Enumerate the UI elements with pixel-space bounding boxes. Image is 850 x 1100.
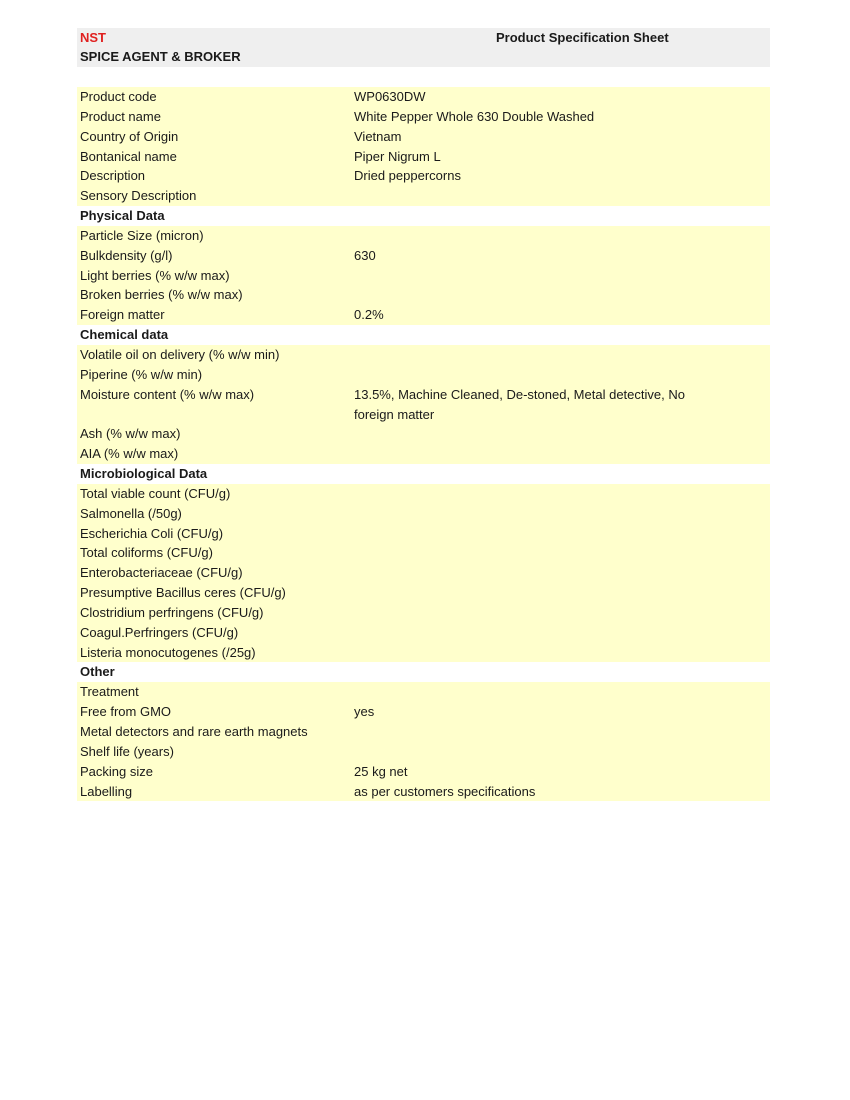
spec-row-total-coliforms: Total coliforms (CFU/g)	[77, 543, 770, 563]
spec-value	[354, 226, 770, 246]
document-title: Product Specification Sheet	[496, 29, 669, 47]
spec-label: Labelling	[77, 782, 354, 802]
spec-label: Volatile oil on delivery (% w/w min)	[77, 345, 354, 365]
section-title: Microbiological Data	[77, 464, 207, 484]
spec-label: Piperine (% w/w min)	[77, 365, 354, 385]
spec-row-labelling: Labelling as per customers specification…	[77, 782, 770, 802]
spec-label: Treatment	[77, 682, 354, 702]
sheet-header: NST SPICE AGENT & BROKER Product Specifi…	[77, 28, 770, 67]
spec-value	[354, 583, 770, 603]
spec-label: Packing size	[77, 762, 354, 782]
spec-label: Foreign matter	[77, 305, 354, 325]
spec-row-country-of-origin: Country of Origin Vietnam	[77, 127, 770, 147]
spec-value	[354, 345, 770, 365]
general-section: Product code WP0630DW Product name White…	[77, 87, 770, 206]
spec-value	[354, 285, 770, 305]
spec-row-treatment: Treatment	[77, 682, 770, 702]
spec-value	[354, 623, 770, 643]
spec-label: Broken berries (% w/w max)	[77, 285, 354, 305]
spec-row-packing-size: Packing size 25 kg net	[77, 762, 770, 782]
spec-value: 25 kg net	[354, 762, 770, 782]
spec-row-enterobacteriaceae: Enterobacteriaceae (CFU/g)	[77, 563, 770, 583]
spec-label: Total viable count (CFU/g)	[77, 484, 354, 504]
spec-value: Dried peppercorns	[354, 166, 770, 186]
spec-label: Presumptive Bacillus ceres (CFU/g)	[77, 583, 354, 603]
spec-label: Escherichia Coli (CFU/g)	[77, 524, 354, 544]
spec-row-e-coli: Escherichia Coli (CFU/g)	[77, 524, 770, 544]
spec-row-clostridium: Clostridium perfringens (CFU/g)	[77, 603, 770, 623]
spec-row-piperine: Piperine (% w/w min)	[77, 365, 770, 385]
spec-value	[354, 444, 770, 464]
section-title: Other	[77, 662, 115, 682]
chemical-section: Chemical data Volatile oil on delivery (…	[77, 325, 770, 464]
spec-value	[354, 424, 770, 444]
company-name: NST	[80, 29, 106, 47]
microbiological-section: Microbiological Data Total viable count …	[77, 464, 770, 662]
spec-value: yes	[354, 702, 770, 722]
spec-row-ash: Ash (% w/w max)	[77, 424, 770, 444]
spec-row-product-name: Product name White Pepper Whole 630 Doub…	[77, 107, 770, 127]
spec-value: Piper Nigrum L	[354, 147, 770, 167]
spec-row-bulkdensity: Bulkdensity (g/l) 630	[77, 246, 770, 266]
spec-row-product-code: Product code WP0630DW	[77, 87, 770, 107]
spec-row-total-viable-count: Total viable count (CFU/g)	[77, 484, 770, 504]
spec-label: Product name	[77, 107, 354, 127]
spec-row-salmonella: Salmonella (/50g)	[77, 504, 770, 524]
spec-label: Sensory Description	[77, 186, 354, 206]
spec-value: as per customers specifications	[354, 782, 770, 802]
spec-value	[354, 742, 770, 762]
spec-label: Moisture content (% w/w max)	[77, 385, 354, 425]
spec-label: Bontanical name	[77, 147, 354, 167]
spec-row-shelf-life: Shelf life (years)	[77, 742, 770, 762]
section-title: Chemical data	[77, 325, 168, 345]
spec-label: Light berries (% w/w max)	[77, 266, 354, 286]
spec-row-description: Description Dried peppercorns	[77, 166, 770, 186]
spec-value: Vietnam	[354, 127, 770, 147]
spec-value	[354, 682, 770, 702]
spec-label: Ash (% w/w max)	[77, 424, 354, 444]
spec-value	[354, 722, 770, 742]
section-heading-other: Other	[77, 662, 770, 682]
spec-value	[354, 524, 770, 544]
spec-label: Enterobacteriaceae (CFU/g)	[77, 563, 354, 583]
header-spacer	[77, 67, 770, 87]
spec-value: 13.5%, Machine Cleaned, De-stoned, Metal…	[354, 385, 770, 425]
spec-row-broken-berries: Broken berries (% w/w max)	[77, 285, 770, 305]
spec-label: Metal detectors and rare earth magnets	[77, 722, 354, 742]
spec-value	[354, 186, 770, 206]
spec-row-free-from-gmo: Free from GMO yes	[77, 702, 770, 722]
spec-row-aia: AIA (% w/w max)	[77, 444, 770, 464]
spec-label: Clostridium perfringens (CFU/g)	[77, 603, 354, 623]
spec-label: Product code	[77, 87, 354, 107]
spec-row-coagul-perfringers: Coagul.Perfringers (CFU/g)	[77, 623, 770, 643]
spec-value	[354, 603, 770, 623]
company-tagline: SPICE AGENT & BROKER	[80, 48, 241, 66]
section-heading-microbiological: Microbiological Data	[77, 464, 770, 484]
spec-value: White Pepper Whole 630 Double Washed	[354, 107, 770, 127]
spec-sheet: NST SPICE AGENT & BROKER Product Specifi…	[77, 28, 770, 801]
spec-label: Description	[77, 166, 354, 186]
spec-value	[354, 643, 770, 663]
section-heading-chemical: Chemical data	[77, 325, 770, 345]
spec-row-metal-detectors: Metal detectors and rare earth magnets	[77, 722, 770, 742]
spec-row-light-berries: Light berries (% w/w max)	[77, 266, 770, 286]
spec-label: Total coliforms (CFU/g)	[77, 543, 354, 563]
physical-section: Physical Data Particle Size (micron) Bul…	[77, 206, 770, 325]
spec-row-bacillus-cereus: Presumptive Bacillus ceres (CFU/g)	[77, 583, 770, 603]
section-heading-physical: Physical Data	[77, 206, 770, 226]
spec-row-foreign-matter: Foreign matter 0.2%	[77, 305, 770, 325]
spec-value	[354, 484, 770, 504]
spec-label: Coagul.Perfringers (CFU/g)	[77, 623, 354, 643]
spec-row-volatile-oil: Volatile oil on delivery (% w/w min)	[77, 345, 770, 365]
spec-value: WP0630DW	[354, 87, 770, 107]
spec-label: Free from GMO	[77, 702, 354, 722]
spec-row-listeria: Listeria monocutogenes (/25g)	[77, 643, 770, 663]
spec-value	[354, 504, 770, 524]
spec-label: Particle Size (micron)	[77, 226, 354, 246]
spec-label: Listeria monocutogenes (/25g)	[77, 643, 354, 663]
spec-label: Country of Origin	[77, 127, 354, 147]
spec-row-moisture-content: Moisture content (% w/w max) 13.5%, Mach…	[77, 385, 770, 425]
spec-value	[354, 365, 770, 385]
spec-label: Salmonella (/50g)	[77, 504, 354, 524]
spec-value	[354, 266, 770, 286]
spec-value	[354, 563, 770, 583]
spec-value	[354, 543, 770, 563]
spec-row-botanical-name: Bontanical name Piper Nigrum L	[77, 147, 770, 167]
spec-value: 630	[354, 246, 770, 266]
spec-label: Shelf life (years)	[77, 742, 354, 762]
spec-row-sensory-description: Sensory Description	[77, 186, 770, 206]
section-title: Physical Data	[77, 206, 165, 226]
other-section: Other Treatment Free from GMO yes Metal …	[77, 662, 770, 801]
spec-label: Bulkdensity (g/l)	[77, 246, 354, 266]
spec-row-particle-size: Particle Size (micron)	[77, 226, 770, 246]
spec-label: AIA (% w/w max)	[77, 444, 354, 464]
spec-value: 0.2%	[354, 305, 770, 325]
